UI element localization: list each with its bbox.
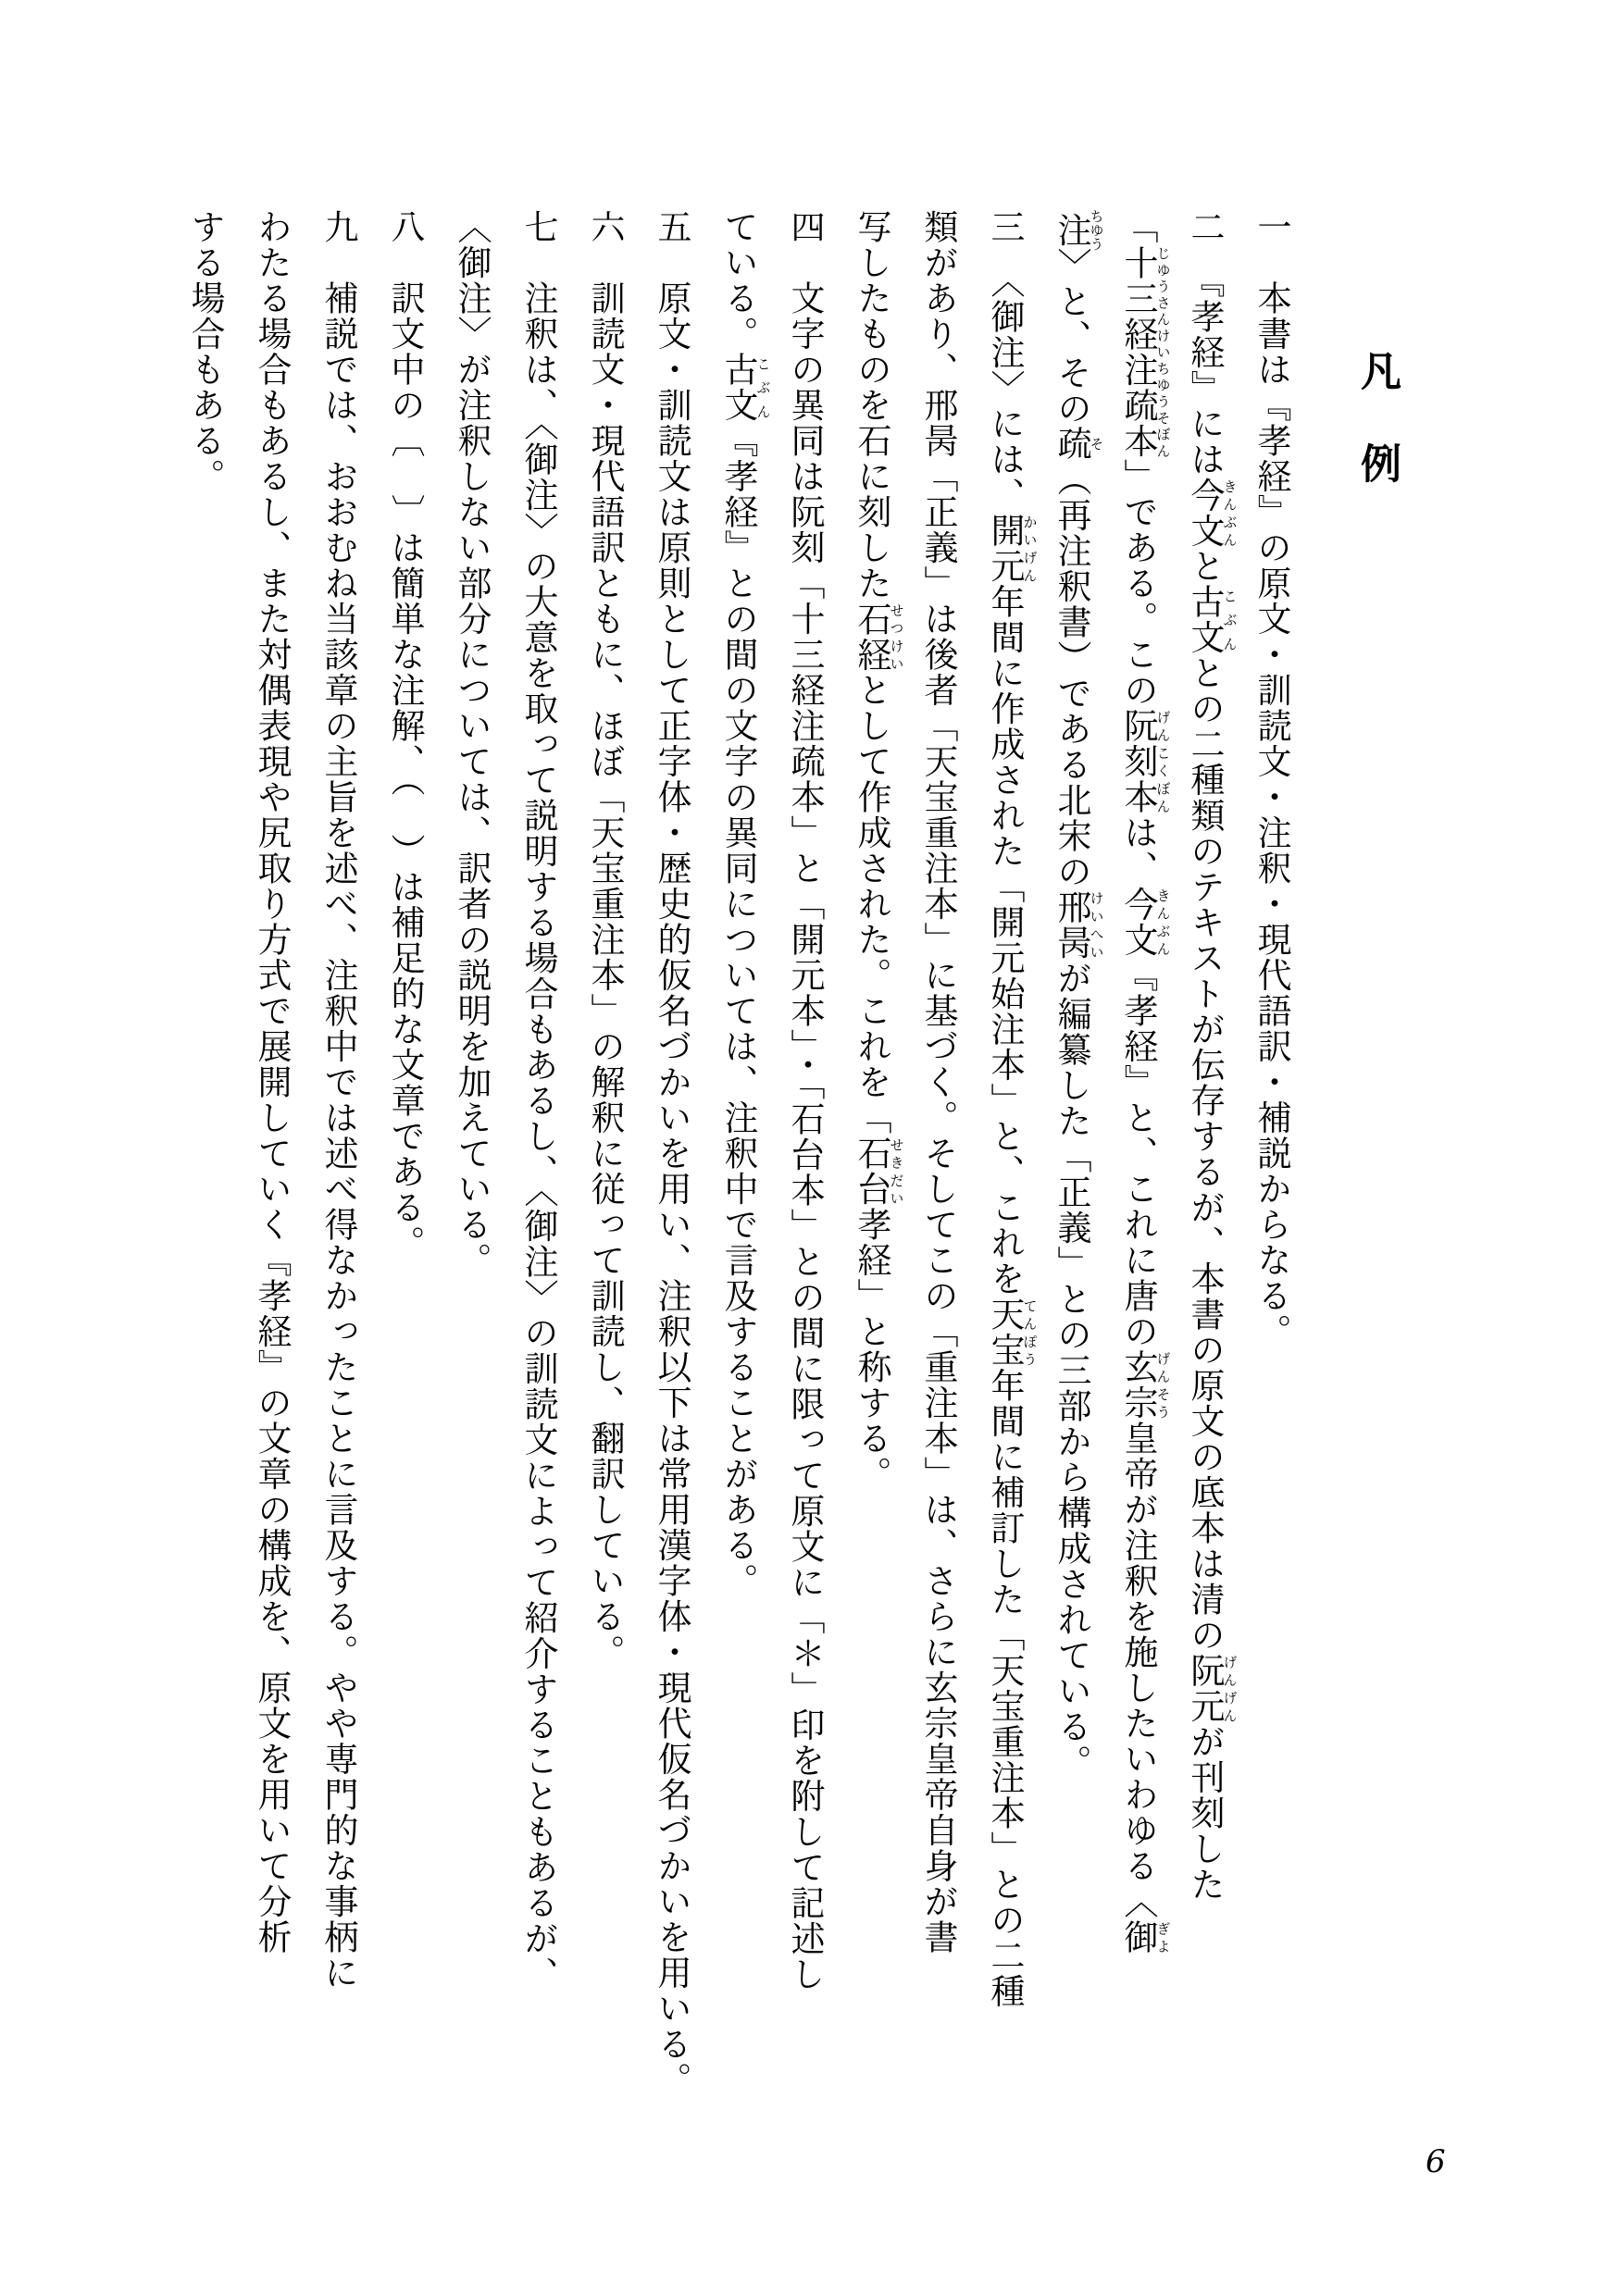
- text-column: 〈御注〉が注釈しない部分については、訳者の説明を加えている。: [437, 209, 504, 2245]
- content-columns: 一 本書は『孝経』の原文・訓読文・注釈・現代語訳・補説からなる。二 『孝経』には…: [170, 209, 1303, 2245]
- ruby-annotated-text: 天宝てんぽう: [985, 1297, 1023, 1368]
- ruby-annotated-text: 今文きんぶん: [1185, 478, 1223, 549]
- text-column: ている。古文こぶん『孝経』との間の文字の異同については、注釈中で言及することがあ…: [704, 209, 770, 2245]
- text-column: 「十三経注疏本じゆうさんけいちゆうそぼん」である。この阮刻本げんこくぼんは、今文…: [1103, 209, 1170, 2245]
- ruby-annotated-text: 疏そ: [1052, 426, 1090, 462]
- text-column: 九 補説では、おおむね当該章の主旨を述べ、注釈中では述べ得なかったことに言及する…: [304, 209, 370, 2245]
- ruby-annotated-text: 十三経注疏本じゆうさんけいちゆうそぼん: [1118, 245, 1156, 459]
- text-column: 五 原文・訓読文は原則として正字体・歴史的仮名づかいを用い、注釈以下は常用漢字体…: [637, 209, 704, 2245]
- text-column: 写したものを石に刻した石経せつけいとして作成された。これを「石台せきだい孝経」と…: [837, 209, 903, 2245]
- page-number: 6: [1426, 2143, 1446, 2180]
- text-column: 二 『孝経』には今文きんぶんと古文こぶんとの二種類のテキストが伝存するが、本書の…: [1170, 209, 1237, 2245]
- ruby-annotated-text: 阮元げんげん: [1185, 1653, 1223, 1724]
- text-column: 三 〈御注〉には、開元かいげん年間に作成された「開元始注本」と、これを天宝てんぽ…: [970, 209, 1037, 2245]
- ruby-annotated-text: 阮刻本げんこくぼん: [1118, 708, 1156, 815]
- ruby-annotated-text: 今文きんぶん: [1118, 887, 1156, 958]
- document-page: 凡例 一 本書は『孝経』の原文・訓読文・注釈・現代語訳・補説からなる。二 『孝経…: [0, 0, 1619, 2296]
- ruby-annotated-text: 邢昺けいへい: [1052, 889, 1090, 961]
- ruby-annotated-text: 玄宗げんそう: [1118, 1349, 1156, 1421]
- text-column: 四 文字の異同は阮刻「十三経注疏本」と「開元本」・「石台本」との間に限って原文に…: [770, 209, 837, 2245]
- text-column: 七 注釈は、〈御注〉の大意を取って説明する場合もあるし、〈御注〉の訓読文によって…: [504, 209, 570, 2245]
- ruby-annotated-text: 御ぎよ: [1118, 1919, 1156, 1955]
- ruby-annotated-text: 石経せつけい: [852, 602, 890, 673]
- text-column: する場合もある。: [170, 209, 237, 2245]
- text-column: 一 本書は『孝経』の原文・訓読文・注釈・現代語訳・補説からなる。: [1237, 209, 1303, 2245]
- text-column: わたる場合もあるし、また対偶表現や尻取り方式で展開していく『孝経』の文章の構成を…: [237, 209, 304, 2245]
- ruby-annotated-text: 石台せきだい: [852, 1136, 890, 1207]
- text-column: 六 訓読文・現代語訳ともに、ほぼ「天宝重注本」の解釈に従って訓読し、翻訳している…: [570, 209, 637, 2245]
- ruby-annotated-text: 注ちゆう: [1052, 209, 1090, 248]
- ruby-annotated-text: 開元かいげん: [985, 513, 1023, 584]
- text-column: 類があり、邢昺「正義」は後者「天宝重注本」に基づく。そしてこの「重注本」は、さら…: [903, 209, 970, 2245]
- text-column: 八 訳文中の〔 〕は簡単な注解、（ ）は補足的な文章である。: [370, 209, 437, 2245]
- ruby-annotated-text: 古文こぶん: [718, 352, 756, 423]
- text-column: 注ちゆう〉と、その疏そ（再注釈書）である北宋の邢昺けいへいが編纂した「正義」との…: [1037, 209, 1103, 2245]
- ruby-annotated-text: 古文こぶん: [1185, 584, 1223, 655]
- page-title: 凡例: [1356, 350, 1397, 535]
